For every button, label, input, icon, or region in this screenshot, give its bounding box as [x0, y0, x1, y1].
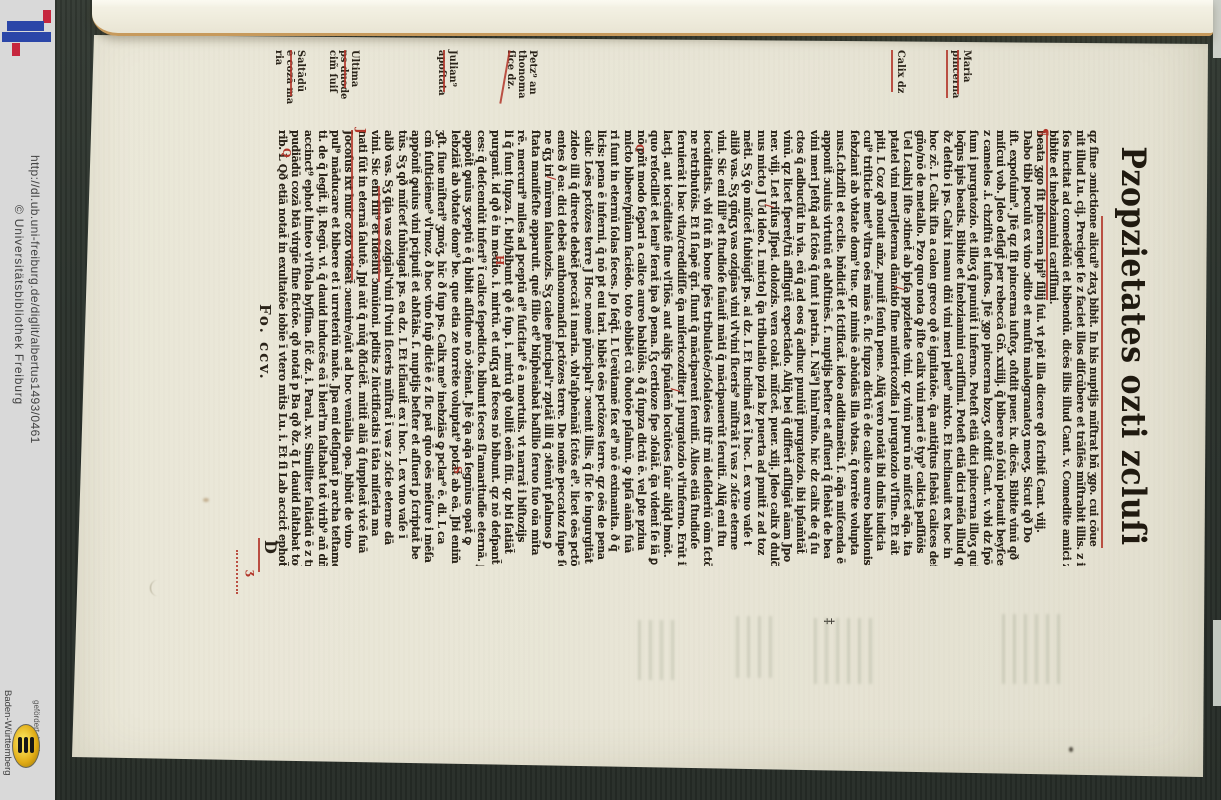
body-line: purgant̃. id qð ē in medio. i. mirtū. et…: [488, 130, 501, 566]
body-line: ne q̃ʒ iri mīrem ſaluatozis. Sʒ calee pī…: [542, 130, 555, 566]
rubric-underline: [443, 50, 445, 92]
rubric-glyph: H: [493, 255, 506, 265]
rubric-glyph: C: [633, 144, 646, 153]
body-line: gño/nō de metallo. Pzo quo nota ꝙ iſte c…: [914, 130, 927, 566]
body-line: licis: pena ē inferni. q̃ nō pt eui tari…: [595, 130, 608, 566]
lion-mark: [24, 737, 28, 753]
body-line: ces: q̃ deſcendūt inferi⁹ ĩ calice ſeped…: [475, 130, 488, 566]
margin-note-maria: Mariapincerna: [950, 50, 972, 128]
body-line: ʒſt. ſiue mīſteri⁹ ʒmōʒ. hīc ð ſup ps. C…: [435, 130, 448, 566]
rubric-underline: [351, 130, 353, 280]
body-line: appōnit̃ ꝙuius vini pcipuit̃ et abſtāis.…: [409, 130, 422, 566]
body-line: aliið vas. Sʒ qñqʒ vas ozigīas vini vl'v…: [728, 130, 741, 566]
ink-spot: [1069, 747, 1073, 752]
body-line: accinct⁹ ephot linteo vl'ſtola byſſina. …: [302, 130, 315, 566]
folio-number: Fo. ccv.: [256, 304, 274, 381]
rubric-underline: [891, 50, 893, 92]
body-line: vini. Sic eni ſili⁹ et ſtudioſe ſuāuit̃ …: [714, 130, 727, 566]
rubric-glyph: /: [545, 176, 558, 180]
body-line: miſcui vob. Jdeo deſigt̃ per rebeccā Gñ.…: [994, 130, 1007, 566]
body-line: appōit̃ ꝙuīus ʒceptū ē q̃ bibit aſſidue …: [462, 130, 475, 566]
paper-crease: [150, 580, 165, 596]
body-line: mēti. Sʒ q̃o mīſcet̃ ſubiūgit̃ ps. ai dz…: [741, 130, 754, 566]
body-line: ptatel vini meriJeterna dānatio ſine miſ…: [887, 130, 900, 566]
body-line: bibite et inebziamini cariſſimi.: [1047, 130, 1060, 566]
body-line: cui⁹ triſticie met⁹ vltra oēs mīas ē. ſi…: [861, 130, 874, 566]
body-line: nit illud Lu. cij. Preciget ſe z faciet …: [1073, 130, 1086, 566]
body-line: nō pñt modo ſeꝑari a calice aureo babilō…: [635, 130, 648, 566]
rubric-underline: [946, 50, 948, 98]
quire-signature-mark: ʒ: [245, 570, 258, 576]
rubric-underline: [957, 50, 959, 94]
library-sidebar: http://dl.ub.uni-freiburg.de/diglit/albe…: [0, 0, 55, 800]
body-line: ſtata manifeſte apparuit. quē ſilio et⁹ …: [528, 130, 541, 566]
logo-blue-bar: [7, 21, 44, 31]
rubric-underline: [258, 538, 260, 572]
rubric-glyph: /: [763, 204, 776, 208]
show-through-ghost: [996, 614, 1060, 684]
logo-red-bar: [43, 10, 51, 23]
body-line: beata ʒgo ſit pincerna ipi⁹ ſilij ſui. v…: [1034, 130, 1047, 566]
body-line: ſos incitat ad comedēdū et bibendū. dicē…: [1060, 130, 1073, 566]
body-line: ne retributōis. Et ſi ſapē q̃ri. ſiunt q…: [688, 130, 701, 566]
body-line: Uel Lcalix] iſte ɔtinet̃ ab ipſa ppzieta…: [901, 130, 914, 566]
show-through-ghost: [638, 620, 674, 680]
body-line: tūs. Sʒ qð mīſceť ſubīugat̃ ps. ea dz. L…: [395, 130, 408, 566]
body-line: nus.ſ.chziſti et ecclie. bñdicit̃ et ſct…: [834, 130, 847, 566]
rubric-glyph: S: [451, 466, 464, 474]
body-line: Jocoſus lxt huic ozto videat̃ ɔuenire/aū…: [342, 130, 355, 566]
logo-blue-bar: [2, 32, 51, 42]
library-scan-viewer: { "viewer": { "url_label": "http://dl.ub…: [0, 0, 1221, 800]
body-line: piti. L Coz qð nouit am̃z. punit̃ ſenſu …: [874, 130, 887, 566]
body-line: nus micto J Ud ideo. L micto] q̃a tribul…: [754, 130, 767, 566]
body-line: quo reſocillet̃ et leni⁹ ſerat̃ ipa ð pe…: [648, 130, 661, 566]
scan-edge-sliver-top: [1213, 0, 1221, 58]
rubric-underline: [344, 50, 346, 88]
body-line: calic Loēs pctōzes terre J Hoc nomē pīnc…: [581, 130, 594, 566]
body-line: ner. viij. Let riſus Jſpei. dolozis. ver…: [768, 130, 781, 566]
body-line: iocūditatis. vbi ſūt m̃ bone ſpēs tribul…: [701, 130, 714, 566]
body-line: lebziāt̃ ab vbtate dom⁹ be. que etia ze …: [448, 130, 461, 566]
body-line: micto bibere/pñiam ſaciēdo. toto ebibēt …: [621, 130, 634, 566]
body-line: cm̃ ſuſticiēme⁹ vl'moz. ð hoc vino ſup̃ …: [422, 130, 435, 566]
show-through-ghost: [734, 616, 772, 678]
rubric-glyph: Q: [280, 148, 293, 158]
margin-note-julianus: Julian⁹apoſtata: [436, 50, 458, 128]
rubric-glyph: /: [669, 388, 682, 392]
show-through-ghost: [806, 618, 872, 684]
rubric-underline: [378, 186, 380, 282]
margin-note-calix: Calix dz: [895, 50, 906, 128]
body-line: hoc zc̃. L Calix iſta a calon greco qð ē…: [927, 130, 940, 566]
body-line: li q̃ ſunt ſupza. ſ. bti/bibunt qð ē ſup…: [502, 130, 515, 566]
foxing-spot: [203, 498, 209, 502]
scan-edge-sliver-bottom: [1213, 620, 1221, 706]
body-line: alið vas. Sʒ q̃ia vas ozigīal'vini ſl'vi…: [382, 130, 395, 566]
rubric-underline: [290, 50, 292, 96]
body-line: nati ſūt in eternā ſalutē. Jpi aūt q̃ nū…: [355, 130, 368, 566]
body-line: Dabo tibi poculū ex vino ɔdito et muſtū …: [1020, 130, 1033, 566]
body-line: apponit̃ ɔuiuis virtutū et abſtinēs. ſ. …: [821, 130, 834, 566]
body-line: ðz deſtio i ps. Calix i manu dñi vini me…: [940, 130, 953, 566]
rubric-glyph: /: [893, 286, 906, 290]
body-line: pul⁹ māducare et bibere et ī urreteriū m…: [329, 130, 342, 566]
foxing-spot: [616, 376, 621, 379]
text-block: qz ſine ɔmictione alicui⁹ ztaʒ bibit. In…: [276, 130, 1100, 566]
body-line: rē. mercuri⁹ miles ad pceptū ei⁹ ſuſcita…: [515, 130, 528, 566]
body-line: ſebziant̃ ab vbtate dom⁹ tue. qz nimis ē…: [847, 130, 860, 566]
quire-signature: D: [261, 540, 280, 554]
rubric-underline: [1046, 130, 1048, 300]
logo-red-bar: [12, 43, 20, 56]
lion-mark: [18, 737, 22, 753]
body-line: z camelos .i. chziſtū et iuſtos. Jtē ʒgo…: [980, 130, 993, 566]
scanned-page-content: Pzopzietates ozti zcluſi qz ſine ɔmictio…: [74, 36, 1206, 766]
book-fore-edge: [92, 0, 1213, 36]
body-line: lactj. aut iocūditatē ſiue vl'ſiōs. aut …: [661, 130, 674, 566]
body-line: ri ſunt in eternū ſolas ſeces. Jo ſeq̃t̃…: [608, 130, 621, 566]
body-line: loq̃ns ipis beatis. Bibite et inebziamin…: [954, 130, 967, 566]
body-line: pudiādū cozā btā virgīe ſine fictōe. qð …: [289, 130, 302, 566]
running-title: Pzopzietates ozti zcluſi: [1113, 130, 1152, 562]
body-line: zideo illi q̃ directe debēt̃ peccāt i ma…: [568, 130, 581, 566]
rubric-underline: [236, 550, 238, 594]
baden-wuerttemberg-coat-of-arms: [12, 724, 40, 768]
body-line: ſeruierāt i bac vita/credidiſſe q̃a miſe…: [675, 130, 688, 566]
body-line: ctos q̃ adbucſūt in via. eū q̃ ad eos q̃…: [794, 130, 807, 566]
body-line: vini meri Jeſtq̃ ad ſctōs q̃ ſunt i patr…: [807, 130, 820, 566]
body-line: ſum i purgatozio. et illoʒ q̃ puniūt̃ i …: [967, 130, 980, 566]
margin-note-petrus: Petz⁹ anthonomaſice dz.: [505, 50, 538, 128]
body-line: iſt. expoſuim⁹. Jtē qz ſit pincerna iuſt…: [1007, 130, 1020, 566]
body-line: vinū. qz licet ſperet̃/tñ affligūt̃ expe…: [781, 130, 794, 566]
rubric-underline: [1101, 216, 1103, 548]
lion-mark: [30, 737, 34, 753]
body-line: rib. L Qð etiā notat̃ in exultatōe iobīe…: [276, 130, 289, 566]
scan-url-label: http://dl.ub.uni-freiburg.de/diglit/albe…: [28, 155, 42, 444]
body-line: qz ſine ɔmictione alicui⁹ ztaʒ bibit. In…: [1087, 130, 1100, 566]
funder-name-label: Baden-Württemberg: [2, 690, 13, 776]
body-line: ti. de q̃ legit̃. ij. Regū. vi. q̃ dauid…: [315, 130, 328, 566]
rubric-glyph: J: [354, 128, 368, 134]
body-line: entes ð ea: dici debēt anthonomaſici pct…: [555, 130, 568, 566]
copyright-label: © Universitätsbibliothek Freiburg: [12, 205, 26, 405]
